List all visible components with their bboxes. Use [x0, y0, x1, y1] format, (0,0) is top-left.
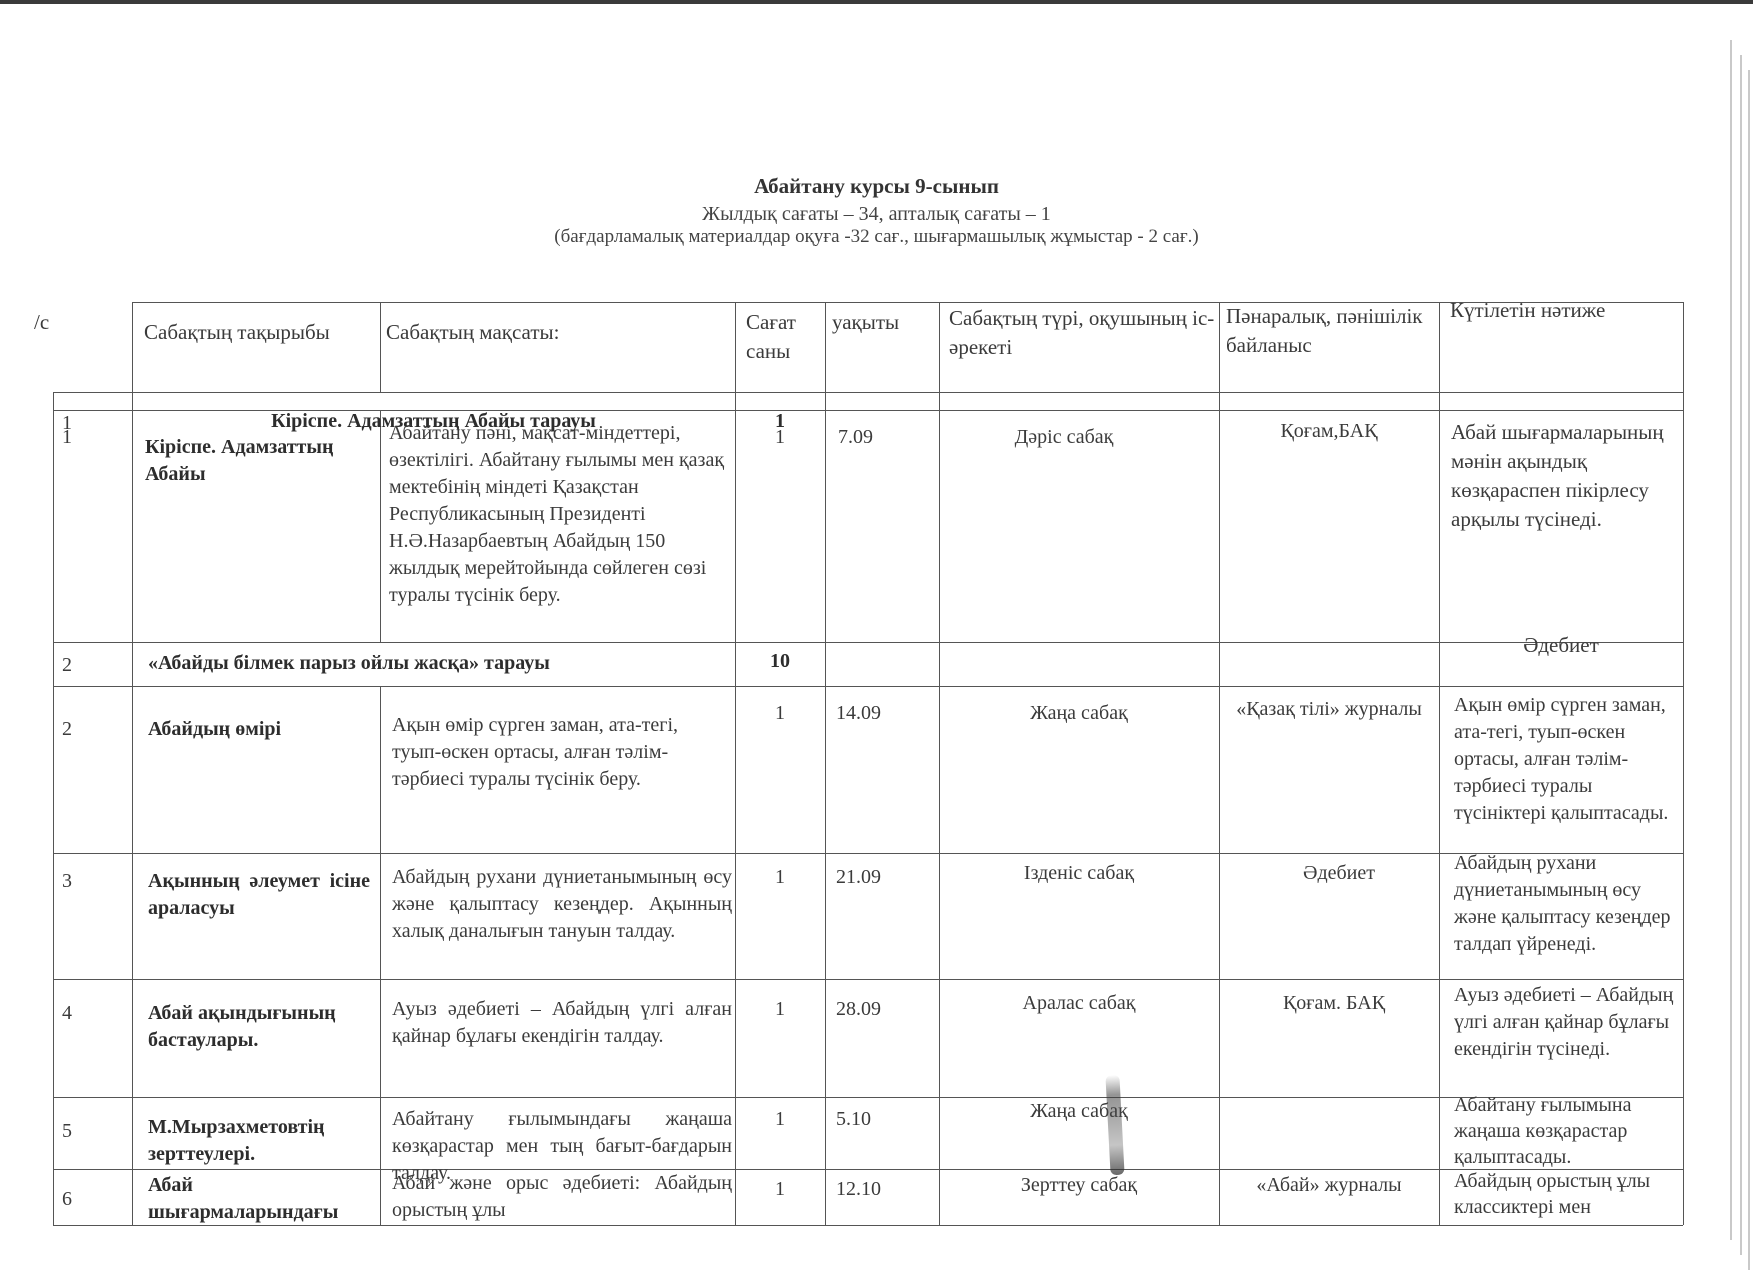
row-hours: 1: [735, 700, 825, 727]
row-number: 6: [62, 1186, 72, 1213]
header-goal: Сабақтың мақсаты:: [386, 318, 726, 347]
row-result: Абайдың орыстың ұлы классиктері мен: [1454, 1168, 1680, 1220]
row-result: Абай шығармаларының мәнін ақындық көзқар…: [1451, 418, 1679, 534]
row-lesson-type: Аралас сабақ: [939, 990, 1219, 1017]
row-date: 28.09: [836, 996, 881, 1023]
row-lesson-type: Ізденіс сабақ: [939, 860, 1219, 887]
row-lesson-type: Жаңа сабақ: [939, 1098, 1219, 1125]
row-number: 1: [62, 424, 72, 451]
row-links: Қоғам,БАҚ: [1219, 418, 1439, 445]
section-extra: Әдебиет: [1439, 632, 1683, 659]
row-lesson-type: Жаңа сабақ: [939, 700, 1219, 727]
row-topic: М.Мырзахметовтің зерттеулері.: [148, 1114, 373, 1168]
row-goal: Ақын өмір сүрген заман, ата-тегі, туып-ө…: [392, 712, 732, 793]
row-date: 7.09: [838, 424, 873, 451]
ink-smudge: [1105, 1075, 1124, 1176]
row-goal: Абай және орыс әдебиеті: Абайдың орыстың…: [392, 1170, 732, 1224]
row-lesson-type: Дәріс сабақ: [939, 424, 1189, 451]
row-links: «Абай» журналы: [1219, 1172, 1439, 1199]
header-links: Пәнаралық, пәнішілік байланыс: [1226, 302, 1426, 360]
document-subtitle: Жылдық сағаты – 34, апталық сағаты – 1: [0, 203, 1753, 226]
row-date: 12.10: [836, 1176, 881, 1203]
row-hours: 1: [735, 996, 825, 1023]
row-number: 4: [62, 1000, 72, 1027]
row-goal: Абайтану пәні, мақсат-міндеттері, өзекті…: [389, 420, 727, 609]
header-topic: Сабақтың тақырыбы: [144, 318, 344, 347]
page-edge: [1748, 70, 1750, 1270]
row-hours: 1: [735, 864, 825, 891]
row-result: Абайтану ғылымына жаңаша көзқарастар қал…: [1454, 1092, 1680, 1170]
scan-top-edge: [0, 0, 1753, 4]
row-date: 5.10: [836, 1106, 871, 1133]
row-hours: 1: [735, 424, 825, 451]
row-hours: 1: [735, 1176, 825, 1203]
header-hours: Сағат саны: [746, 308, 816, 366]
header-lesson-type: Сабақтың түрі, оқушының іс-әрекеті: [949, 304, 1219, 362]
row-links: Қоғам. БАҚ: [1219, 990, 1449, 1017]
document-note: (бағдарламалық материалдар оқуға -32 сағ…: [0, 226, 1753, 248]
row-hours: 1: [735, 1106, 825, 1133]
header-date: уақыты: [832, 308, 937, 337]
row-topic: Абай шығармаларындағы: [148, 1172, 376, 1226]
row-result: Ауыз әдебиеті – Абайдың үлгі алған қайна…: [1454, 982, 1680, 1063]
row-topic: Абай ақындығының бастаулары.: [148, 1000, 373, 1054]
row-links: Әдебиет: [1219, 860, 1459, 887]
row-result: Ақын өмір сүрген заман, ата-тегі, туып-ө…: [1454, 692, 1680, 827]
document-title: Абайтану курсы 9-сынып: [0, 174, 1753, 199]
section-hours: 10: [735, 648, 825, 675]
section-number: 2: [62, 652, 72, 679]
row-result: Абайдың рухани дүниетанымының өсу және қ…: [1454, 850, 1680, 958]
row-date: 14.09: [836, 700, 881, 727]
row-lesson-type: Зерттеу сабақ: [939, 1172, 1219, 1199]
row-goal: Абайдың рухани дүниетанымының өсу және қ…: [392, 864, 732, 945]
row-topic: Ақынның әлеумет ісіне араласуы: [148, 868, 370, 922]
header-result: Күтілетін нәтиже: [1450, 296, 1680, 325]
row-number: 5: [62, 1118, 72, 1145]
row-topic: Абайдың өмірі: [148, 716, 373, 743]
row-date: 21.09: [836, 864, 881, 891]
section-title: «Абайды білмек парыз ойлы жасқа» тарауы: [148, 650, 733, 677]
row-number: 2: [62, 716, 72, 743]
row-topic: Кіріспе. Адамзаттың Абайы: [145, 434, 375, 488]
row-links: «Қазақ тілі» журналы: [1229, 696, 1429, 723]
row-goal: Ауыз әдебиеті – Абайдың үлгі алған қайна…: [392, 996, 732, 1050]
header-number: /с: [34, 308, 124, 337]
row-number: 3: [62, 868, 72, 895]
